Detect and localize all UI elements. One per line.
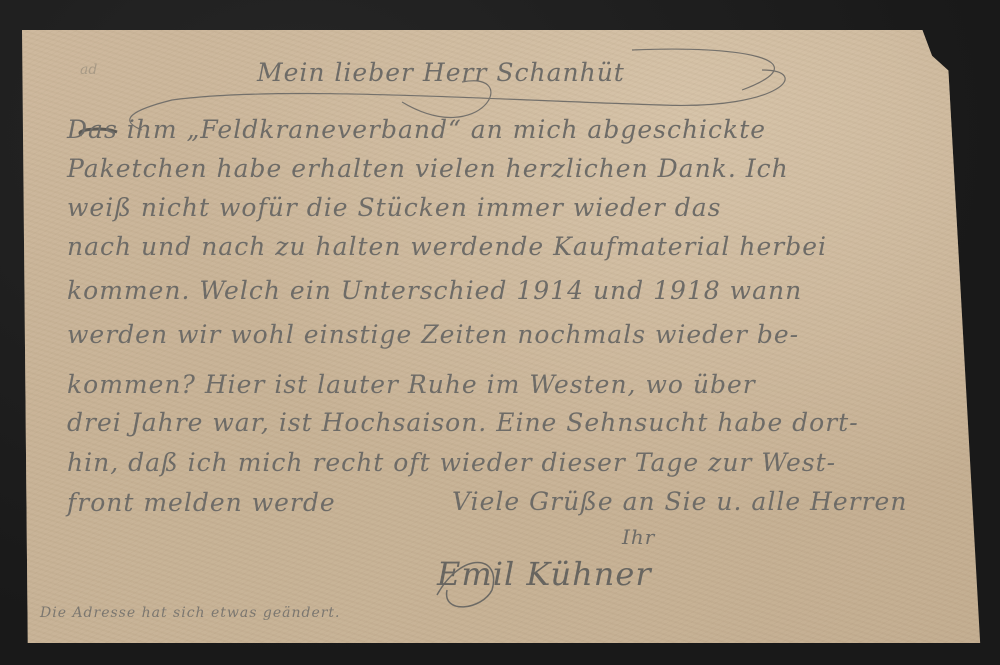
body-line-1: Das ihm „Feldkraneverband“ an mich abges… (67, 115, 766, 144)
body-line-9: hin, daß ich mich recht oft wieder diese… (67, 448, 836, 477)
body-line-6: werden wir wohl einstige Zeiten nochmals… (67, 320, 799, 349)
corner-mark: ad (80, 62, 97, 78)
body-line-4: nach und nach zu halten werdende Kaufmat… (67, 232, 827, 261)
body-line-8: drei Jahre war, ist Hochsaison. Eine Seh… (67, 408, 859, 437)
body-line-10: front melden werde (67, 488, 336, 517)
closing-greeting: Viele Grüße an Sie u. alle Herren (452, 487, 907, 516)
body-line-3: weiß nicht wofür die Stücken immer wiede… (67, 193, 721, 222)
postcard: ad Mein lieber Herr Schanhüt Das ihm „Fe… (22, 30, 984, 643)
address-change-note: Die Adresse hat sich etwas geändert. (40, 605, 341, 621)
body-line-7: kommen? Hier ist lauter Ruhe im Westen, … (67, 370, 756, 399)
closing-prefix: Ihr (622, 525, 655, 549)
body-line-2: Paketchen habe erhalten vielen herzliche… (67, 154, 789, 183)
signature: Emil Kühner (437, 555, 652, 593)
salutation: Mein lieber Herr Schanhüt (257, 58, 625, 87)
body-line-5: kommen. Welch ein Unterschied 1914 und 1… (67, 276, 802, 305)
